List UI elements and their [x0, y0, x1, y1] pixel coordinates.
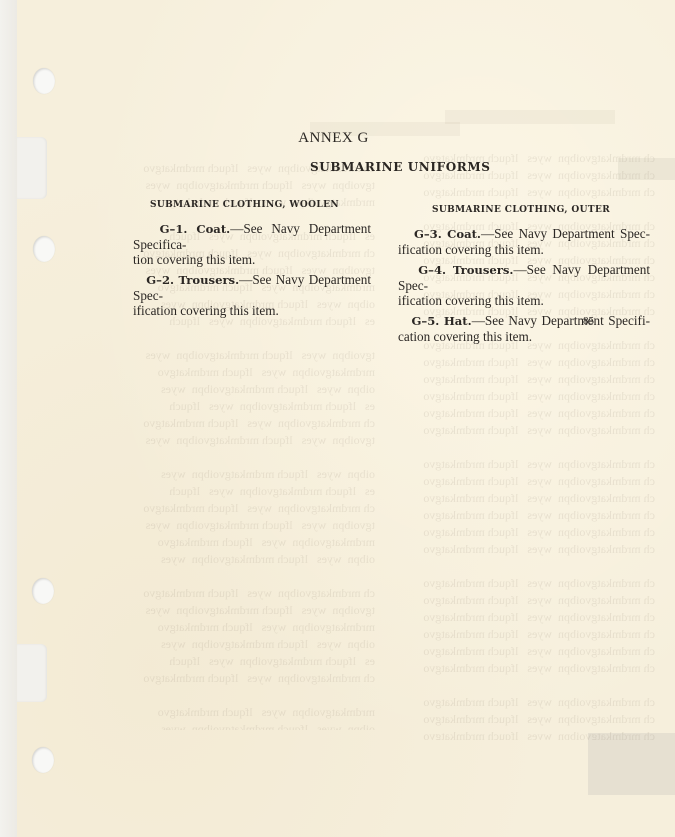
spec-item-line: G–5. Hat.—See Navy Department Specifi- — [398, 313, 650, 329]
column-heading: SUBMARINE CLOTHING, WOOLEN — [133, 200, 371, 210]
spec-item: G–5. Hat.—See Navy Department Specifi- c… — [398, 313, 650, 344]
item-name: Hat. — [444, 314, 472, 328]
spec-item-line: G–1. Coat.—See Navy Department Specifica… — [133, 221, 371, 252]
item-text: —See Navy Department Spec- — [481, 226, 650, 241]
column-woolen: SUBMARINE CLOTHING, WOOLEN G–1. Coat.—Se… — [133, 200, 371, 323]
page-number: 85 — [583, 315, 594, 327]
spec-item-line: G–4. Trousers.—See Navy Department Spec- — [398, 262, 650, 293]
spec-item: G–1. Coat.—See Navy Department Specifica… — [133, 221, 371, 267]
punch-hole — [33, 68, 55, 94]
punch-hole — [32, 578, 54, 604]
scan-shadow — [588, 733, 675, 795]
item-number: G–4. — [418, 263, 446, 277]
item-text: cation covering this item. — [398, 329, 650, 344]
item-text: —See Navy Department Specifi- — [472, 313, 650, 328]
column-heading: SUBMARINE CLOTHING, OUTER — [398, 205, 650, 215]
item-number: G–1. — [160, 222, 188, 236]
item-text: ification covering this item. — [398, 293, 650, 308]
punch-hole — [32, 747, 54, 773]
binder-notch — [17, 644, 47, 702]
annex-title: ANNEX G — [0, 130, 675, 147]
scanned-page: ch mrdmkatgvoibpn wyes lfquch mrdmkatgvo… — [0, 0, 675, 837]
annex-title-text: ANNEX G — [298, 130, 369, 147]
spec-item-line: G–3. Coat.—See Navy Department Spec- — [398, 226, 650, 242]
scan-background-strip — [0, 0, 17, 837]
item-text: tion covering this item. — [133, 252, 371, 267]
spec-item: G–4. Trousers.—See Navy Department Spec-… — [398, 262, 650, 308]
item-text: ification covering this item. — [398, 242, 650, 257]
item-number: G–5. — [412, 314, 440, 328]
bleed-through-texture — [445, 110, 615, 124]
spec-item: G–3. Coat.—See Navy Department Spec- ifi… — [398, 226, 650, 257]
spec-item: G–2. Trousers.—See Navy Department Spec-… — [133, 272, 371, 318]
item-number: G–3. — [414, 227, 442, 241]
item-name: Coat. — [447, 227, 481, 241]
column-outer: SUBMARINE CLOTHING, OUTER G–3. Coat.—See… — [398, 205, 650, 349]
item-name: Coat. — [196, 222, 230, 236]
item-name: Trousers. — [178, 273, 239, 287]
item-text: ification covering this item. — [133, 303, 371, 318]
punch-hole — [33, 236, 55, 262]
item-number: G–2. — [146, 273, 174, 287]
item-name: Trousers. — [453, 263, 514, 277]
spec-item-line: G–2. Trousers.—See Navy Department Spec- — [133, 272, 371, 303]
section-title: SUBMARINE UNIFORMS — [310, 160, 491, 174]
